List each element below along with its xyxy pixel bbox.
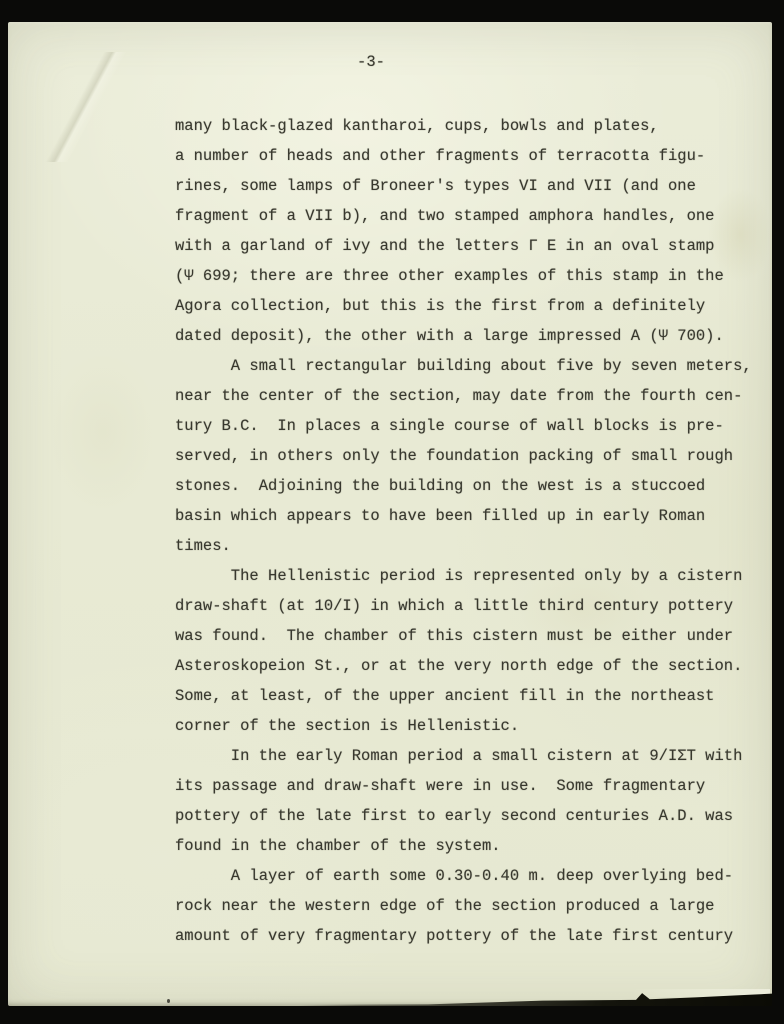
text-line: pottery of the late first to early secon… [175, 801, 755, 831]
text-line: near the center of the section, may date… [175, 381, 755, 411]
paper-crease [8, 52, 158, 162]
text-line: rock near the western edge of the sectio… [175, 891, 755, 921]
page-number: -3- [341, 47, 401, 77]
text-line: tury B.C. In places a single course of w… [175, 411, 755, 441]
text-line: was found. The chamber of this cistern m… [175, 621, 755, 651]
text-line: many black-glazed kantharoi, cups, bowls… [175, 111, 755, 141]
text-line: Asteroskopeion St., or at the very north… [175, 651, 755, 681]
text-line: fragment of a VII b), and two stamped am… [175, 201, 755, 231]
text-line: found in the chamber of the system. [175, 831, 755, 861]
text-line: dated deposit), the other with a large i… [175, 321, 755, 351]
text-line: amount of very fragmentary pottery of th… [175, 921, 755, 951]
scan-shadow-bottom [8, 992, 772, 1006]
page-body-text: many black-glazed kantharoi, cups, bowls… [175, 111, 755, 951]
text-line: corner of the section is Hellenistic. [175, 711, 755, 741]
scan-background: -3- many black-glazed kantharoi, cups, b… [0, 0, 784, 1024]
text-line: its passage and draw-shaft were in use. … [175, 771, 755, 801]
text-line: Agora collection, but this is the first … [175, 291, 755, 321]
text-line: rines, some lamps of Broneer's types VI … [175, 171, 755, 201]
ink-speck [167, 999, 170, 1003]
text-line: In the early Roman period a small cister… [175, 741, 755, 771]
text-line: served, in others only the foundation pa… [175, 441, 755, 471]
document-page: -3- many black-glazed kantharoi, cups, b… [8, 22, 772, 1006]
paper-stain [48, 352, 158, 512]
text-line: A layer of earth some 0.30-0.40 m. deep … [175, 861, 755, 891]
text-line: with a garland of ivy and the letters Γ … [175, 231, 755, 261]
text-line: (Ψ 699; there are three other examples o… [175, 261, 755, 291]
text-line: draw-shaft (at 10/I) in which a little t… [175, 591, 755, 621]
text-line: times. [175, 531, 755, 561]
text-line: The Hellenistic period is represented on… [175, 561, 755, 591]
text-line: basin which appears to have been filled … [175, 501, 755, 531]
text-line: A small rectangular building about five … [175, 351, 755, 381]
text-line: Some, at least, of the upper ancient fil… [175, 681, 755, 711]
text-line: a number of heads and other fragments of… [175, 141, 755, 171]
text-line: stones. Adjoining the building on the we… [175, 471, 755, 501]
